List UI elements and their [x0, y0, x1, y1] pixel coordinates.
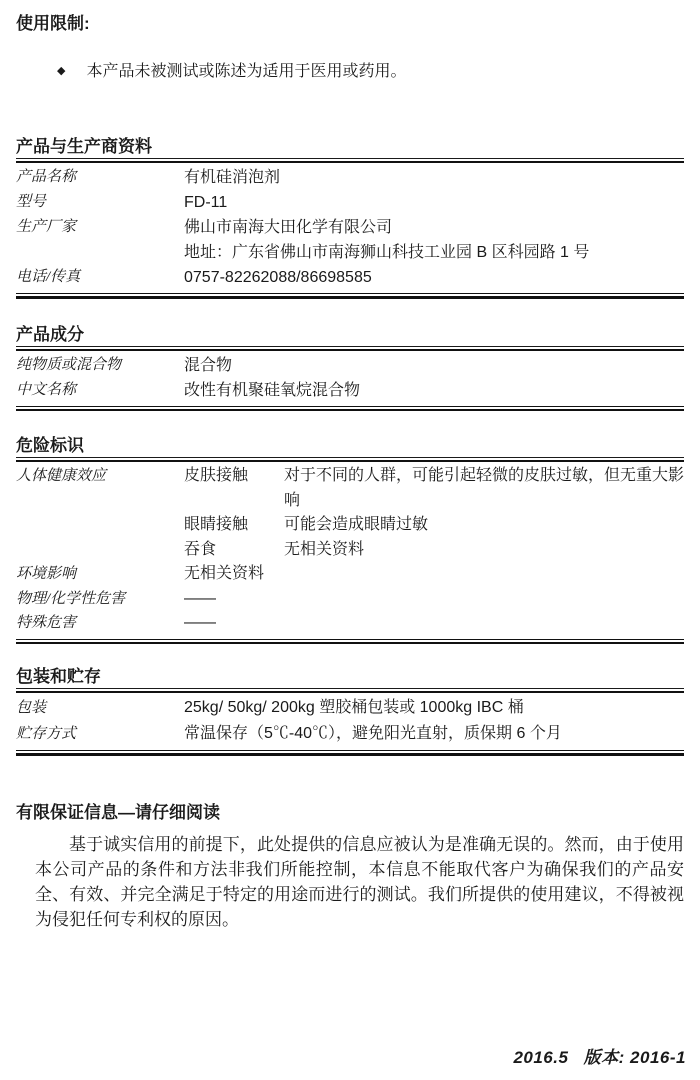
section-bottom-rule — [16, 753, 684, 756]
row-value: 混合物 — [184, 353, 684, 378]
table-row: 产品名称 有机硅消泡剂 — [16, 165, 684, 190]
row-label — [16, 513, 184, 538]
footer-version: 版本: 2016-1 — [584, 1048, 686, 1067]
row-value: 地址：广东省佛山市南海狮山科技工业园 B 区科园路 1 号 — [184, 240, 684, 265]
row-label: 中文名称 — [16, 378, 184, 403]
section-title-hazard: 危险标识 — [16, 437, 684, 458]
section-hazard: 危险标识 人体健康效应 皮肤接触 对于不同的人群，可能引起轻微的皮肤过敏，但无重… — [16, 437, 684, 644]
document-footer: 2016.5 版本: 2016-1 — [513, 1043, 686, 1068]
row-label: 纯物质或混合物 — [16, 353, 184, 378]
usage-bullet-text: 本产品未被测试或陈述为适用于医用或药用。 — [86, 62, 406, 81]
diamond-bullet-icon: ◆ — [57, 62, 65, 81]
section-packaging: 包装和贮存 包装 25kg/ 50kg/ 200kg 塑胶桶包装或 1000kg… — [16, 668, 684, 756]
table-row: 地址：广东省佛山市南海狮山科技工业园 B 区科园路 1 号 — [16, 240, 684, 265]
table-row: 吞食 无相关资料 — [16, 538, 684, 563]
row-label: 生产厂家 — [16, 215, 184, 240]
hazard-table: 人体健康效应 皮肤接触 对于不同的人群，可能引起轻微的皮肤过敏，但无重大影响 眼… — [16, 460, 684, 640]
usage-bullet-item: ◆ 本产品未被测试或陈述为适用于医用或药用。 — [16, 62, 684, 81]
row-description — [284, 562, 684, 587]
composition-table: 纯物质或混合物 混合物 中文名称 改性有机聚硅氧烷混合物 — [16, 349, 684, 407]
table-row: 纯物质或混合物 混合物 — [16, 353, 684, 378]
row-value: 有机硅消泡剂 — [184, 165, 684, 190]
row-value: 佛山市南海大田化学有限公司 — [184, 215, 684, 240]
row-label: 包装 — [16, 695, 184, 721]
row-sublabel: —— — [184, 611, 284, 636]
section-warranty: 有限保证信息—请仔细阅读 基于诚实信用的前提下，此处提供的信息应被认为是准确无误… — [16, 804, 684, 932]
table-row: 生产厂家 佛山市南海大田化学有限公司 — [16, 215, 684, 240]
table-row: 眼睛接触 可能会造成眼睛过敏 — [16, 513, 684, 538]
row-value: FD-11 — [184, 190, 684, 215]
row-value: 25kg/ 50kg/ 200kg 塑胶桶包装或 1000kg IBC 桶 — [184, 695, 684, 721]
row-value: 改性有机聚硅氧烷混合物 — [184, 378, 684, 403]
packaging-table: 包装 25kg/ 50kg/ 200kg 塑胶桶包装或 1000kg IBC 桶… — [16, 691, 684, 751]
table-row: 型号 FD-11 — [16, 190, 684, 215]
row-description: 对于不同的人群，可能引起轻微的皮肤过敏，但无重大影响 — [284, 464, 684, 513]
table-row: 包装 25kg/ 50kg/ 200kg 塑胶桶包装或 1000kg IBC 桶 — [16, 695, 684, 721]
row-sublabel: 吞食 — [184, 538, 284, 563]
row-description: 无相关资料 — [284, 538, 684, 563]
row-sublabel: 皮肤接触 — [184, 464, 284, 513]
warranty-body: 基于诚实信用的前提下，此处提供的信息应被认为是准确无误的。然而，由于使用本公司产… — [35, 832, 684, 932]
table-row: 特殊危害 —— — [16, 611, 684, 636]
table-row: 人体健康效应 皮肤接触 对于不同的人群，可能引起轻微的皮肤过敏，但无重大影响 — [16, 464, 684, 513]
table-row: 物理/化学性危害 —— — [16, 587, 684, 612]
section-title-packaging: 包装和贮存 — [16, 668, 684, 689]
table-row: 中文名称 改性有机聚硅氧烷混合物 — [16, 378, 684, 403]
section-title-composition: 产品成分 — [16, 326, 684, 347]
row-sublabel: 无相关资料 — [184, 562, 284, 587]
footer-date: 2016.5 — [513, 1048, 568, 1067]
row-description — [284, 587, 684, 612]
row-label: 物理/化学性危害 — [16, 587, 184, 612]
table-row: 贮存方式 常温保存（5℃-40℃），避免阳光直射，质保期 6 个月 — [16, 721, 684, 747]
row-label: 型号 — [16, 190, 184, 215]
table-row: 电话/传真 0757-82262088/86698585 — [16, 265, 684, 290]
row-sublabel: 眼睛接触 — [184, 513, 284, 538]
table-row: 环境影响 无相关资料 — [16, 562, 684, 587]
row-description: 可能会造成眼睛过敏 — [284, 513, 684, 538]
row-value: 常温保存（5℃-40℃），避免阳光直射，质保期 6 个月 — [184, 721, 684, 747]
warranty-title: 有限保证信息—请仔细阅读 — [16, 804, 684, 822]
row-label: 电话/传真 — [16, 265, 184, 290]
section-bottom-rule — [16, 642, 684, 645]
row-label: 贮存方式 — [16, 721, 184, 747]
product-info-table: 产品名称 有机硅消泡剂 型号 FD-11 生产厂家 佛山市南海大田化学有限公司 … — [16, 161, 684, 294]
section-composition: 产品成分 纯物质或混合物 混合物 中文名称 改性有机聚硅氧烷混合物 — [16, 326, 684, 412]
row-label: 人体健康效应 — [16, 464, 184, 513]
row-label — [16, 538, 184, 563]
row-label — [16, 240, 184, 265]
row-description — [284, 611, 684, 636]
section-title-product-info: 产品与生产商资料 — [16, 138, 684, 159]
section-bottom-rule — [16, 409, 684, 412]
row-sublabel: —— — [184, 587, 284, 612]
usage-restriction-title: 使用限制: — [16, 14, 684, 33]
row-value: 0757-82262088/86698585 — [184, 265, 684, 290]
row-label: 环境影响 — [16, 562, 184, 587]
row-label: 特殊危害 — [16, 611, 184, 636]
section-bottom-rule — [16, 296, 684, 299]
section-product-info: 产品与生产商资料 产品名称 有机硅消泡剂 型号 FD-11 生产厂家 佛山市南海… — [16, 138, 684, 299]
row-label: 产品名称 — [16, 165, 184, 190]
